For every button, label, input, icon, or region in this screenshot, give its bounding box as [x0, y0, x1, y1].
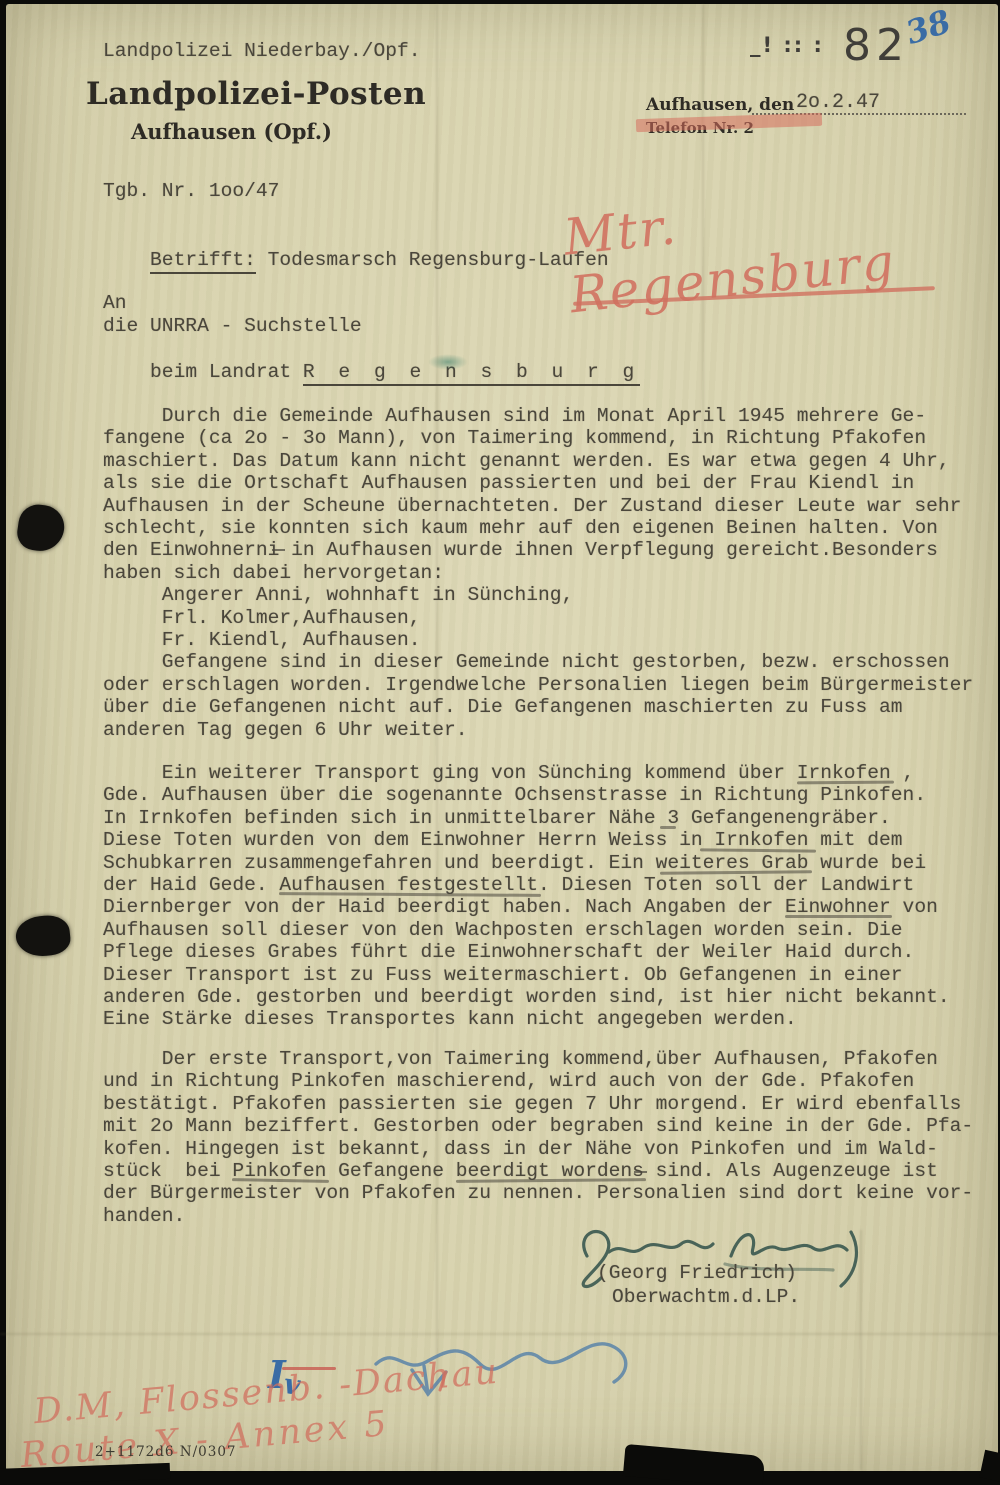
typed-line: mit 2o Mann beziffert. Gestorben oder be…: [103, 1115, 973, 1137]
subject-label: Betrifft:: [150, 249, 256, 274]
subject-text: Todesmarsch Regensburg-Laufen: [256, 249, 609, 271]
typed-line: und in Richtung Pinkofen maschierend, wi…: [103, 1070, 973, 1092]
typed-line: Frl. Kolmer,Aufhausen,: [103, 607, 973, 629]
registry-stamp-number: 82: [843, 20, 909, 71]
typed-line: Pflege dieses Grabes führt die Einwohner…: [103, 941, 950, 963]
registry-stamp-marks: _! :: :: [750, 33, 824, 57]
typed-line: haben sich dabei hervorgetan:: [103, 562, 973, 584]
teal-ink-smudge: [428, 354, 468, 370]
typed-line: Aufhausen in der Scheune übernachteten. …: [103, 495, 973, 517]
typed-line: Dieser Transport ist zu Fuss weitermasch…: [103, 964, 950, 986]
recipient-city-underlined: R e g e n s b u r g: [303, 361, 640, 386]
typed-line: den Einwohnerni in Aufhausen wurde ihnen…: [103, 539, 973, 561]
recipient-line3-prefix: beim Landrat: [150, 361, 303, 383]
typed-strikeout: [634, 1171, 647, 1173]
paragraph-1: Durch die Gemeinde Aufhausen sind im Mon…: [103, 405, 973, 741]
typed-line: oder erschlagen worden. Irgendwelche Per…: [103, 674, 973, 696]
typed-date: 2o.2.47: [796, 92, 880, 114]
typed-line: Gde. Aufhausen über die sogenannte Ochse…: [103, 784, 950, 806]
signature-typed-name: (Georg Friedrich): [597, 1262, 797, 1284]
typed-line: fangene (ca 2o - 3o Mann), von Taimering…: [103, 427, 973, 449]
typed-line: anderen Tag gegen 6 Uhr weiter.: [103, 719, 973, 741]
signature-typed-title: Oberwachtm.d.LP.: [612, 1286, 800, 1308]
scanned-document: Landpolizei Niederbay./Opf. Landpolizei-…: [0, 0, 1000, 1485]
typed-line: Angerer Anni, wohnhaft in Sünching,: [103, 584, 973, 606]
typed-line: Schubkarren zusammengefahren und beerdig…: [103, 852, 950, 874]
typed-line: anderen Gde. gestorben und beerdigt word…: [103, 986, 950, 1008]
typed-line: Eine Stärke dieses Transportes kann nich…: [103, 1008, 950, 1030]
typed-line: Gefangene sind in dieser Gemeinde nicht …: [103, 651, 973, 673]
recipient-line2: die UNRRA - Suchstelle: [103, 315, 362, 337]
subject-line: Betrifft: Todesmarsch Regensburg-Laufen: [103, 227, 609, 294]
tgb-number-line: Tgb. Nr. 1oo/47: [103, 180, 279, 202]
typed-line: über die Gefangenen nicht auf. Die Gefan…: [103, 696, 973, 718]
letterhead-title: Landpolizei-Posten: [86, 76, 426, 112]
pencil-underline: [785, 915, 892, 918]
typed-line: In Irnkofen befinden sich in unmittelbar…: [103, 807, 950, 829]
typed-line: als sie die Ortschaft Aufhausen passiert…: [103, 472, 973, 494]
paragraph-3: Der erste Transport,von Taimering kommen…: [103, 1048, 973, 1227]
typed-line: Aufhausen soll dieser von den Wachposten…: [103, 919, 950, 941]
typed-line: der Bürgermeister von Pfakofen zu nennen…: [103, 1182, 973, 1204]
recipient-line1: An: [103, 292, 127, 314]
pencil-underline: [660, 826, 676, 829]
typed-line: Der erste Transport,von Taimering kommen…: [103, 1048, 973, 1070]
typed-line: Diese Toten wurden von dem Einwohner Her…: [103, 829, 950, 851]
typed-unit-line: Landpolizei Niederbay./Opf.: [103, 40, 420, 62]
typed-line: Durch die Gemeinde Aufhausen sind im Mon…: [103, 405, 973, 427]
typed-line: maschiert. Das Datum kann nicht genannt …: [103, 450, 973, 472]
typed-line: schlecht, sie konnten sich kaum mehr auf…: [103, 517, 973, 539]
typed-line: bestätigt. Pfakofen passierten sie gegen…: [103, 1093, 973, 1115]
letterhead-subtitle: Aufhausen (Opf.): [131, 119, 332, 144]
typed-strikeout: [272, 549, 285, 551]
typed-line: Fr. Kiendl, Aufhausen.: [103, 629, 973, 651]
recipient-line3: beim Landrat R e g e n s b u r g: [103, 339, 640, 406]
print-code: 2+1172d6 N/0307: [95, 1444, 237, 1460]
typed-line: kofen. Hingegen ist bekannt, dass in der…: [103, 1138, 973, 1160]
